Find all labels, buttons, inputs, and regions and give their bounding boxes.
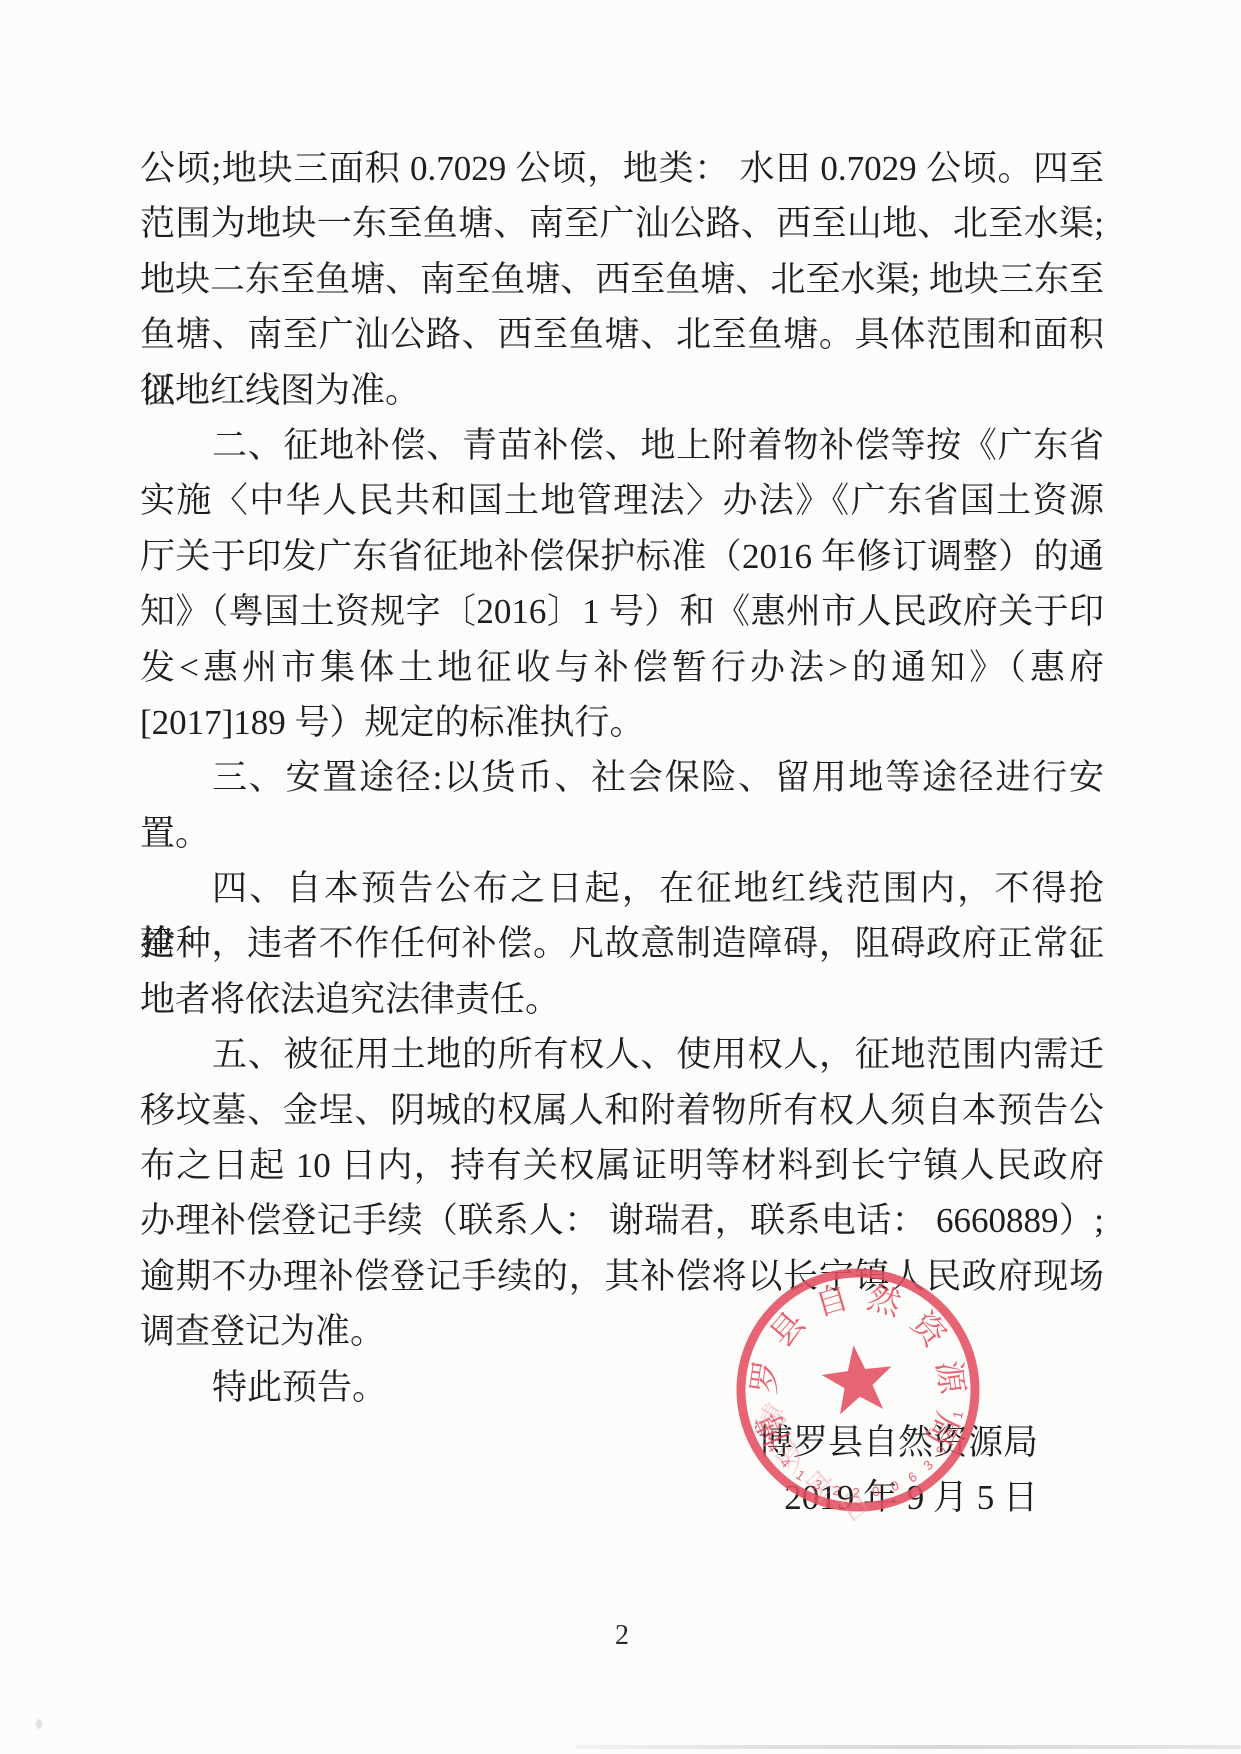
- document-line: 五、被征用土地的所有权人、使用权人，征地范围内需迁: [140, 1027, 1104, 1082]
- document-line: 调查登记为准。: [140, 1304, 1104, 1359]
- document-line: 三、安置途径:以货币、社会保险、留用地等途径进行安: [140, 750, 1104, 805]
- document-line: 二、征地补偿、青苗补偿、地上附着物补偿等按《广东省: [140, 418, 1104, 473]
- document-line: 特此预告。: [140, 1360, 1104, 1415]
- signature-org: 博罗县自然资源局: [140, 1415, 1104, 1470]
- document-line: 征地红线图为准。: [140, 363, 1104, 418]
- document-line: 实施〈中华人民共和国土地管理法〉办法》《广东省国土资源: [140, 473, 1104, 528]
- document-line: 鱼塘、南至广汕公路、西至鱼塘、北至鱼塘。具体范围和面积以: [140, 307, 1104, 362]
- scan-artifact-speck: [36, 1719, 42, 1729]
- scanned-document-page: 公顷;地块三面积 0.7029 公顷，地类： 水田 0.7029 公顷。四至范围…: [0, 0, 1241, 1754]
- document-line: 地者将依法追究法律责任。: [140, 972, 1104, 1027]
- document-line: 发<惠州市集体土地征收与补偿暂行办法>的通知》（惠府: [140, 640, 1104, 695]
- document-line: 地块二东至鱼塘、南至鱼塘、西至鱼塘、北至水渠; 地块三东至: [140, 252, 1104, 307]
- document-line: [2017]189 号）规定的标准执行。: [140, 695, 1104, 750]
- document-line: 范围为地块一东至鱼塘、南至广汕公路、西至山地、北至水渠;: [140, 196, 1104, 251]
- document-body: 公顷;地块三面积 0.7029 公顷，地类： 水田 0.7029 公顷。四至范围…: [140, 141, 1104, 1526]
- document-line: 布之日起 10 日内，持有关权属证明等材料到长宁镇人民政府: [140, 1138, 1104, 1193]
- scan-artifact-line: [575, 1745, 1241, 1749]
- document-line: 厅关于印发广东省征地补偿保护标准（2016 年修订调整）的通: [140, 529, 1104, 584]
- signature-date: 2019 年 9 月 5 日: [140, 1470, 1104, 1525]
- document-line: 办理补偿登记手续（联系人： 谢瑞君，联系电话： 6660889）;: [140, 1193, 1104, 1248]
- document-line: 知》（粤国土资规字〔2016〕1 号）和《惠州市人民政府关于印: [140, 584, 1104, 639]
- document-line: 抢种，违者不作任何补偿。凡故意制造障碍，阻碍政府正常征: [140, 916, 1104, 971]
- document-line: 移坟墓、金埕、阴城的权属人和附着物所有权人须自本预告公: [140, 1083, 1104, 1138]
- document-line: 逾期不办理补偿登记手续的，其补偿将以长宁镇人民政府现场: [140, 1249, 1104, 1304]
- document-line: 置。: [140, 806, 1104, 861]
- document-line: 公顷;地块三面积 0.7029 公顷，地类： 水田 0.7029 公顷。四至: [140, 141, 1104, 196]
- document-line: 四、自本预告公布之日起，在征地红线范围内，不得抢建、: [140, 861, 1104, 916]
- page-number: 2: [140, 1620, 1104, 1652]
